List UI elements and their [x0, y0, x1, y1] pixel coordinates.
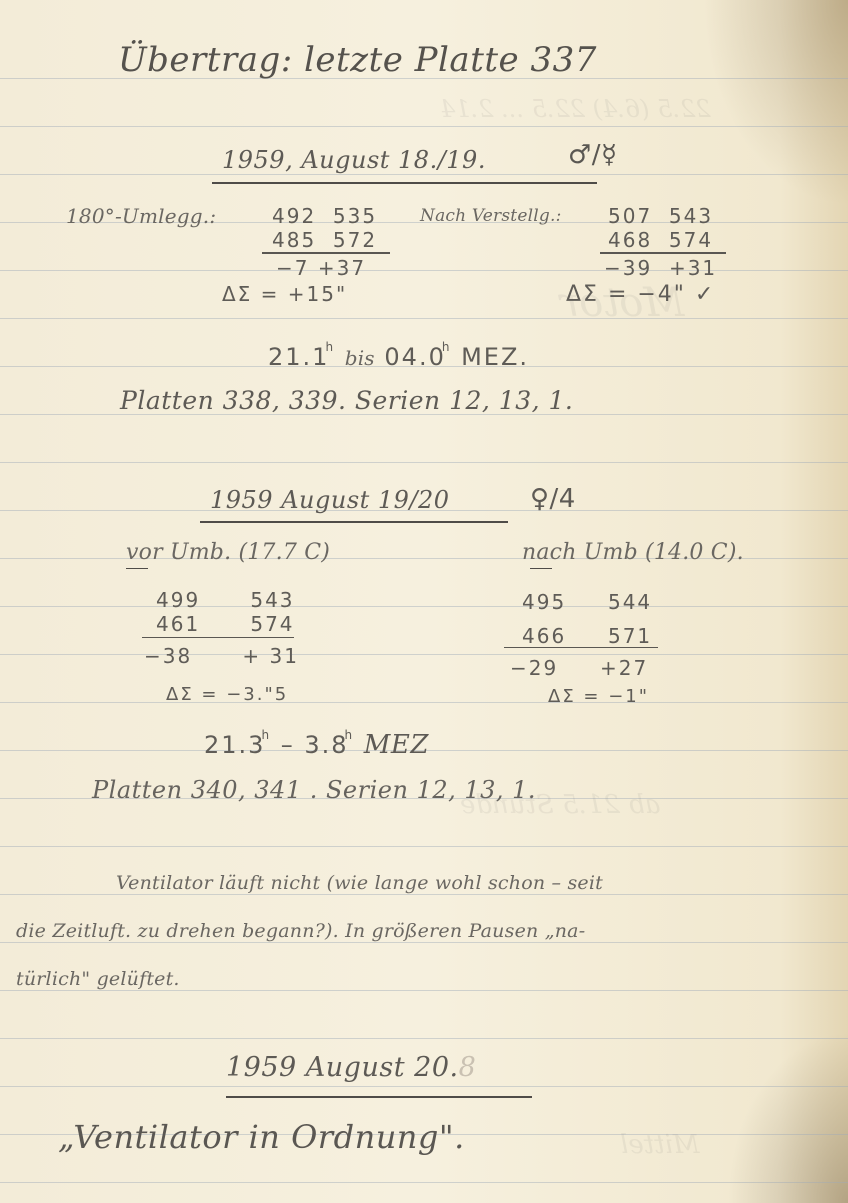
ventilator-remark: „Ventilator in Ordnung". [58, 1118, 465, 1156]
reading-row-2: 466 571 [522, 624, 652, 648]
ruled-line [0, 1182, 848, 1183]
difference-row: −7 +37 [276, 256, 366, 280]
ruled-line [0, 990, 848, 991]
ruled-line [0, 702, 848, 703]
delta-result: ΔΣ = −3."5 [166, 684, 288, 705]
ruled-line [0, 606, 848, 607]
delta-result: ΔΣ = −4" ✓ [566, 282, 715, 307]
sum-line [262, 252, 390, 254]
word-underline [126, 568, 148, 569]
notebook-page: 22.5 (6.4) 22.5 ... 2.14 Motor ab 21.5 S… [0, 0, 848, 1203]
planet-symbols: ♀/4 [530, 484, 576, 514]
ruled-line [0, 942, 848, 943]
delta-result: ΔΣ = +15" [222, 282, 347, 306]
ruled-line [0, 894, 848, 895]
bleed-through: Mittel [620, 1130, 700, 1160]
delta-result: ΔΣ = −1" [548, 686, 649, 707]
reading-row-2: 461 574 [156, 612, 295, 636]
sum-line [142, 637, 294, 638]
planet-symbols: ♂/☿ [568, 140, 618, 170]
entry-1-date: 1959, August 18./19. [222, 146, 486, 174]
note-line-1: Ventilator läuft nicht (wie lange wohl s… [116, 872, 603, 894]
observation-time: 21.3h – 3.8h MEZ [204, 728, 429, 760]
date-underline [226, 1096, 532, 1098]
ruled-line [0, 462, 848, 463]
before-label: vor Umb. (17.7 C) [126, 540, 330, 565]
after-label: nach Umb (14.0 C). [522, 540, 744, 565]
entry-3-date: 1959 August 20.8 [226, 1052, 476, 1083]
reading-row-2: 468 574 [608, 228, 713, 252]
note-line-2: die Zeitluft. zu drehen begann?). In grö… [16, 920, 585, 942]
ruled-line [0, 318, 848, 319]
carryover-heading: Übertrag: letzte Platte 337 [118, 40, 597, 80]
observation-time: 21.1h bis 04.0h MEZ. [268, 340, 529, 371]
reading-row-2: 485 572 [272, 228, 377, 252]
ruled-line [0, 270, 848, 271]
difference-row: −38 + 31 [144, 644, 299, 668]
reading-row-1: 499 543 [156, 588, 295, 612]
adjustment-label: Nach Verstellg.: [420, 206, 562, 226]
note-line-3: türlich" gelüftet. [16, 968, 180, 990]
reading-row-1: 492 535 [272, 204, 377, 228]
ruled-line [0, 654, 848, 655]
ruled-line [0, 1038, 848, 1039]
difference-row: −29 +27 [510, 656, 648, 680]
bleed-through: 22.5 (6.4) 22.5 ... 2.14 [440, 95, 711, 123]
checkmark-icon: ✓ [695, 282, 715, 307]
plates-series: Platten 340, 341 . Serien 12, 13, 1. [92, 776, 536, 804]
difference-row: −39 +31 [604, 256, 717, 280]
ruled-line [0, 846, 848, 847]
plates-series: Platten 338, 339. Serien 12, 13, 1. [120, 386, 573, 415]
ruled-line [0, 174, 848, 175]
sum-line [600, 252, 726, 254]
word-underline [530, 568, 552, 569]
reversal-label: 180°-Umlegg.: [66, 204, 216, 228]
sum-line [504, 647, 658, 648]
entry-2-date: 1959 August 19/20 [210, 486, 450, 514]
ruled-line [0, 1086, 848, 1087]
date-underline [212, 182, 597, 184]
reading-row-1: 495 544 [522, 590, 652, 614]
date-underline [200, 521, 508, 523]
ruled-line [0, 126, 848, 127]
reading-row-1: 507 543 [608, 204, 713, 228]
